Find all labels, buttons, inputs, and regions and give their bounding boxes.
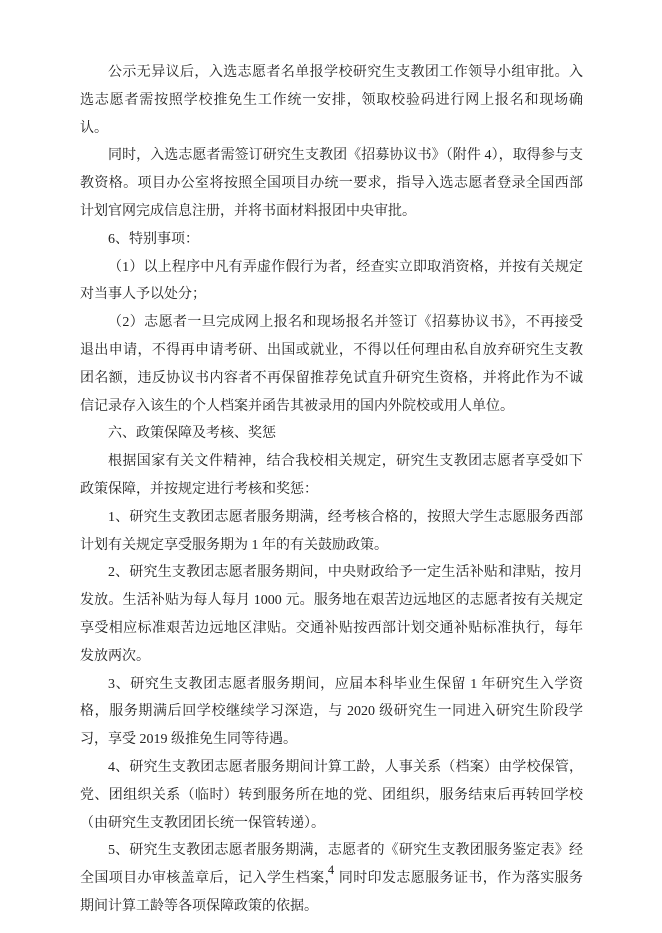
document-page: 公示无异议后，入选志愿者名单报学校研究生支教团工作领导小组审批。入选志愿者需按照… — [0, 0, 662, 933]
paragraph: 5、研究生支教团志愿者服务期满，志愿者的《研究生支教团服务鉴定表》经全国项目办审… — [80, 837, 583, 920]
paragraph: 公示无异议后，入选志愿者名单报学校研究生支教团工作领导小组审批。入选志愿者需按照… — [80, 59, 583, 142]
section-heading: 六、政策保障及考核、奖惩 — [80, 420, 583, 448]
section-heading: 6、特别事项： — [80, 226, 583, 254]
paragraph: 4、研究生支教团志愿者服务期间计算工龄，人事关系（档案）由学校保管，党、团组织关… — [80, 754, 583, 837]
document-body: 公示无异议后，入选志愿者名单报学校研究生支教团工作领导小组审批。入选志愿者需按照… — [80, 59, 583, 921]
paragraph: （1）以上程序中凡有弄虚作假行为者，经查实立即取消资格，并按有关规定对当事人予以… — [80, 254, 583, 310]
paragraph: 2、研究生支教团志愿者服务期间，中央财政给予一定生活补贴和津贴，按月发放。生活补… — [80, 559, 583, 670]
paragraph: （2）志愿者一旦完成网上报名和现场报名并签订《招募协议书》，不再接受退出申请，不… — [80, 309, 583, 420]
paragraph: 1、研究生支教团志愿者服务期满，经考核合格的，按照大学生志愿服务西部计划有关规定… — [80, 504, 583, 560]
page-number: 4 — [0, 863, 662, 878]
paragraph: 同时，入选志愿者需签订研究生支教团《招募协议书》（附件 4），取得参与支教资格。… — [80, 142, 583, 225]
paragraph: 根据国家有关文件精神，结合我校相关规定，研究生支教团志愿者享受如下政策保障，并按… — [80, 448, 583, 504]
paragraph: 3、研究生支教团志愿者服务期间，应届本科毕业生保留 1 年研究生入学资格，服务期… — [80, 671, 583, 754]
